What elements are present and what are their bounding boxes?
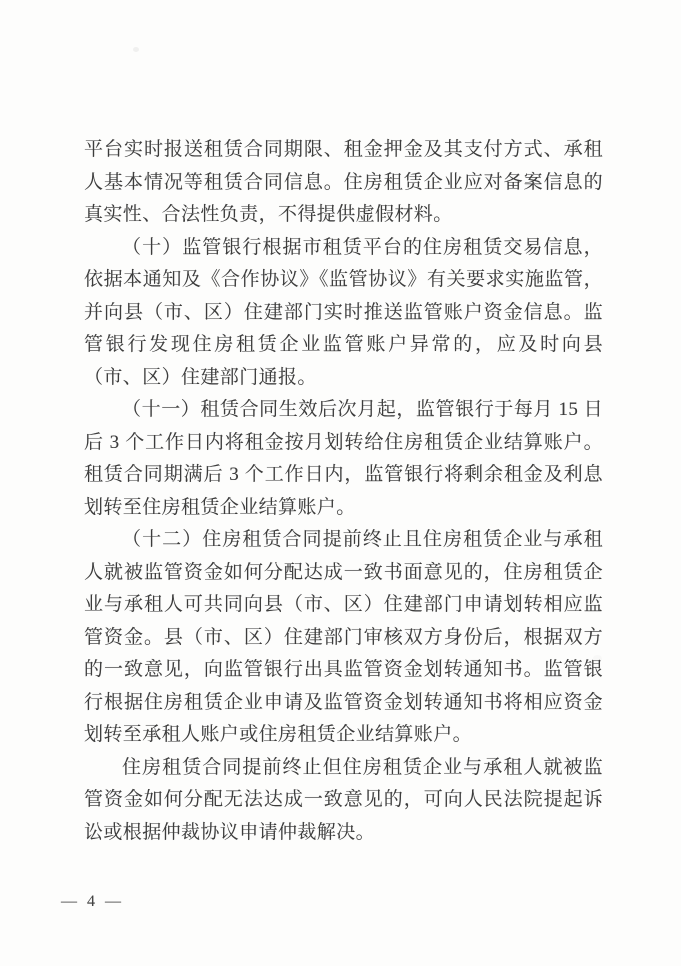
scan-artifact xyxy=(133,47,139,52)
document-page: 平台实时报送租赁合同期限、租金押金及其支付方式、承租人基本情况等租赁合同信息。住… xyxy=(0,0,681,966)
paragraph-item-10: （十）监管银行根据市租赁平台的住房租赁交易信息，依据本通知及《合作协议》《监管协… xyxy=(84,232,603,395)
document-body: 平台实时报送租赁合同期限、租金押金及其支付方式、承租人基本情况等租赁合同信息。住… xyxy=(84,134,603,849)
paragraph-item-11: （十一）租赁合同生效后次月起，监管银行于每月 15 日后 3 个工作日内将租金按… xyxy=(84,394,603,524)
paragraph-dispute-resolution: 住房租赁合同提前终止但住房租赁企业与承租人就被监管资金如何分配无法达成一致意见的… xyxy=(84,752,603,850)
paragraph-item-12: （十二）住房租赁合同提前终止且住房租赁企业与承租人就被监管资金如何分配达成一致书… xyxy=(84,524,603,752)
page-number: — 4 — xyxy=(61,893,124,911)
paragraph-contract-info: 平台实时报送租赁合同期限、租金押金及其支付方式、承租人基本情况等租赁合同信息。住… xyxy=(84,134,603,232)
